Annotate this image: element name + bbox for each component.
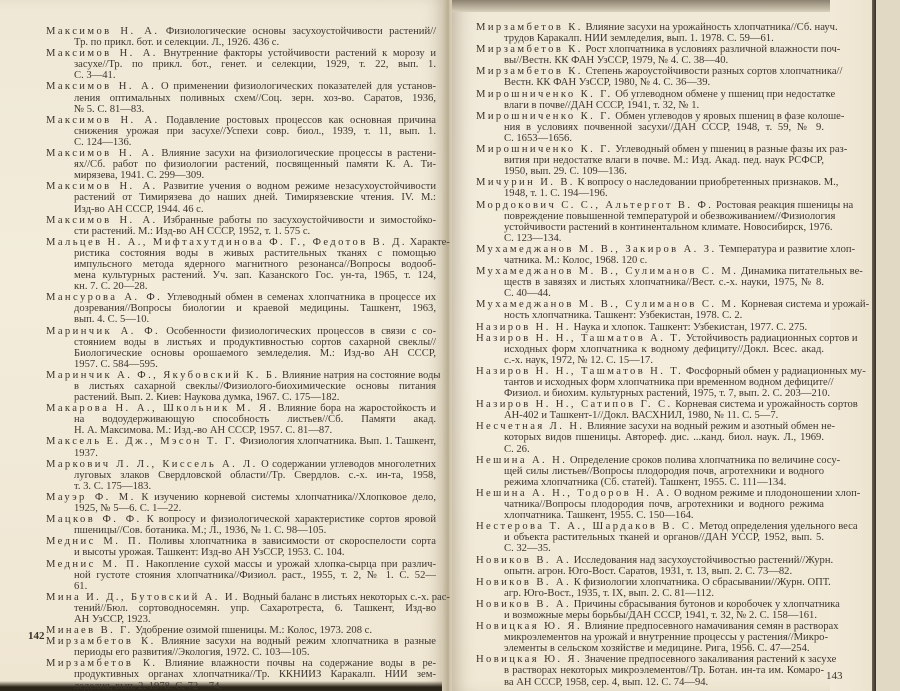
entry-first-line: Максимов Н. А. Развитие учения о водном … bbox=[46, 181, 436, 192]
entry-text: снижения урожая при засухе//Успехи совр.… bbox=[74, 126, 436, 137]
bibliography-entry: Мальцев Н. А., Мифтахутдинова Ф. Г., Фед… bbox=[46, 237, 436, 292]
entry-first-line: Новицкая Ю. Я. Значение предпосевного за… bbox=[476, 654, 824, 665]
entry-continuation-line: импульсного метода ядерного магнитного р… bbox=[46, 259, 436, 270]
entry-text: и высоты урожая. Ташкент: Изд-во АН УзСС… bbox=[74, 547, 345, 558]
entry-text: О водном режиме и плодоношении хлоп- bbox=[674, 488, 860, 499]
entry-text: трудов Каракалп. НИИ земледелия, вып. 1.… bbox=[504, 33, 774, 44]
entry-author: Назиров Н. Н., Ташматов Н. Т. bbox=[476, 366, 683, 377]
entry-author: Максель Е. Дж., Мэсон Т. Г. bbox=[46, 436, 237, 447]
entry-continuation-line: ность хлопчатника. Ташкент: Узбекистан, … bbox=[476, 310, 824, 321]
entry-continuation-line: пшеницы//Сов. ботаника. М.; Л., 1936, № … bbox=[46, 525, 436, 536]
entry-first-line: Мина И. Д., Бутовский А. И. Водный балан… bbox=[46, 592, 436, 603]
entry-text: исходных форм хлопчатника к водному дефи… bbox=[504, 344, 824, 355]
entry-text: Подавление ростовых процессов как основн… bbox=[166, 115, 436, 126]
entry-text: импульсного метода ядерного магнитного р… bbox=[74, 259, 436, 270]
entry-text: К физиологии хлопчатника. О сбрасывании/… bbox=[574, 577, 831, 588]
entry-text: Водный баланс в листьях некоторых с.-х. … bbox=[243, 592, 450, 603]
bibliography-entry: Мухамеджанов М. В., Сулиманов С. М. Дина… bbox=[476, 266, 824, 299]
entry-first-line: Максимов Н. А. Физиологические основы за… bbox=[46, 26, 436, 37]
bibliography-entry: Максимов Н. А. Внутренние факторы устойч… bbox=[46, 48, 436, 81]
entry-first-line: Мирошниченко К. Г. Об углеводном обмене … bbox=[476, 89, 824, 100]
bibliography-entry: Максимов Н. А. Подавление ростовых проце… bbox=[46, 115, 436, 148]
entry-text: Влияние засухи на водный режим хлопчатни… bbox=[161, 636, 436, 647]
entry-text: С. 1653—1656. bbox=[504, 133, 572, 144]
bibliography-entry: Назиров Н. Н., Ташматов Н. Т. Фосфорный … bbox=[476, 366, 824, 399]
entry-author: Мичурин И. В. bbox=[476, 177, 575, 188]
entry-text: Об углеводном обмене у пшениц при недост… bbox=[615, 89, 835, 100]
entry-continuation-line: АН-402 и Ташкент-1//Докл. ВАСХНИЛ, 1980,… bbox=[476, 410, 824, 421]
entry-text: Н. А. Максимова. М.: Изд.-во АН СССР, 19… bbox=[74, 425, 332, 436]
entry-author: Назиров Н. Н. bbox=[476, 322, 571, 333]
entry-text: и возможные меры борьбы/ДАН СССР, 1941, … bbox=[504, 610, 817, 621]
entry-text: растений от Тимирязева до наших дней. Ти… bbox=[74, 192, 436, 203]
entry-text: АН-402 и Ташкент-1//Докл. ВАСХНИЛ, 1980,… bbox=[504, 410, 778, 421]
bibliography-entry: Меднис М. П. Поливы хлопчатника в зависи… bbox=[46, 536, 436, 558]
entry-author: Макарова Н. А., Школьник М. Я. bbox=[46, 403, 274, 414]
entry-author: Несчетная Л. Н. bbox=[476, 421, 584, 432]
entry-text: Физиология хлопчатника. Вып. 1. Ташкент, bbox=[240, 436, 436, 447]
entry-text: дозревания//Вопросы биологии и краевой м… bbox=[74, 303, 436, 314]
entry-text: АН УзССР, 1923. bbox=[74, 614, 151, 625]
entry-text: тантов и исходных форм хлопчатника при в… bbox=[504, 377, 834, 388]
entry-text: Развитие учения о водном режиме незасухо… bbox=[163, 181, 436, 192]
entry-author: Мирошниченко К. Г. bbox=[476, 144, 613, 155]
entry-text: ва АН СССР, 1958, сер. 4, вып. 12. С. 74… bbox=[504, 677, 708, 688]
entry-author: Маринчик А. Ф. bbox=[46, 326, 160, 337]
entry-text: Изд-во АН СССР, 1944. 46 с. bbox=[74, 204, 204, 215]
entry-text: кн. 7. С. 20—28. bbox=[74, 281, 148, 292]
entry-first-line: Мирзамбетов К. Влияние влажности почвы н… bbox=[46, 658, 436, 669]
entry-author: Мирзамбетов К. bbox=[476, 44, 583, 55]
entry-text: 1957. С. 584—595. bbox=[74, 359, 158, 370]
entry-text: чатника//Вопросы плодородия почв, агроте… bbox=[504, 499, 824, 510]
entry-continuation-line: № 5. С. 81—83. bbox=[46, 104, 436, 115]
entry-text: агр. Юго-Вост., 1935, т. IX, вып. 2. С. … bbox=[504, 588, 714, 599]
entry-text: ществ в завязях и листьях хлопчатника//В… bbox=[504, 277, 824, 288]
entry-continuation-line: С. 3—41. bbox=[46, 70, 436, 81]
entry-first-line: Мацков Ф. Ф. К вопросу и физиологической… bbox=[46, 514, 436, 525]
bibliography-entry: Макарова Н. А., Школьник М. Я. Влияние б… bbox=[46, 403, 436, 436]
entry-first-line: Назиров Н. Н. Наука и хлопок. Ташкент: У… bbox=[476, 322, 824, 333]
entry-text: микроэлементов на урожай и внутренние пр… bbox=[504, 632, 828, 643]
entry-continuation-line: влаги в почве//ДАН СССР, 1941, т. 32, № … bbox=[476, 100, 824, 111]
entry-text: Фосфорный обмен у радиационных му- bbox=[686, 366, 866, 377]
entry-text: вып. 4. С. 5—10. bbox=[74, 314, 149, 325]
entry-text: С. 32—35. bbox=[504, 543, 551, 554]
entry-continuation-line: кн. 7. С. 20—28. bbox=[46, 281, 436, 292]
entry-text: мена культурных растений. Уч. зап. Казан… bbox=[74, 270, 436, 281]
entry-author: Мирзамбетов К. bbox=[476, 66, 583, 77]
bibliography-entry: Мацков Ф. Ф. К вопросу и физиологической… bbox=[46, 514, 436, 536]
entry-continuation-line: сти растений. М.: Изд-во АН СССР, 1952, … bbox=[46, 226, 436, 237]
entry-continuation-line: и объекта растительных тканей и органов/… bbox=[476, 532, 824, 543]
page-number-right: 143 bbox=[826, 670, 843, 682]
entry-first-line: Мальцев Н. А., Мифтахутдинова Ф. Г., Фед… bbox=[46, 237, 436, 248]
entry-author: Мухамеджанов М. В., Сулиманов С. М. bbox=[476, 266, 738, 277]
entry-text: т. 3. С. 175—183. bbox=[74, 481, 151, 492]
bibliography-entry: Максимов Н. А. Влияние засухи на физиоло… bbox=[46, 148, 436, 181]
entry-author: Максимов Н. А. bbox=[46, 148, 156, 159]
entry-text: ристика состояния воды в живых раститель… bbox=[74, 248, 436, 259]
right-bibliography-list: Мирзамбетов К. Влияние засухи на урожайн… bbox=[476, 22, 824, 688]
bibliography-entry: Новицкая Ю. Я. Значение предпосевного за… bbox=[476, 654, 824, 687]
bibliography-entry: Мирошниченко К. Г. Углеводный обмен у пш… bbox=[476, 144, 824, 177]
entry-text: 1925, № 5—6. С. 1—22. bbox=[74, 503, 181, 514]
entry-continuation-line: леделия, вып. 2. 1978. С. 72—74. bbox=[46, 681, 436, 691]
book-edge-background bbox=[876, 0, 900, 691]
entry-text: О содержании углеводов многолетних bbox=[261, 459, 436, 470]
entry-first-line: Несчетная Л. Н. Влияние засухи на водный… bbox=[476, 421, 824, 432]
entry-text: Температура и развитие хлоп- bbox=[719, 244, 855, 255]
entry-text: вития при недостатке влаги в почве. М.: … bbox=[504, 155, 824, 166]
entry-author: Мирзамбетов К. bbox=[46, 636, 156, 647]
entry-continuation-line: Вестн. КК ФАН УзССР, 1980, № 4. С. 36—39… bbox=[476, 77, 824, 88]
entry-text: Тр. по прикл. бот. и селекции. Л., 1926.… bbox=[74, 37, 279, 48]
entry-first-line: Минаев В. Г. Удобрение озимой пшеницы. М… bbox=[46, 625, 436, 636]
entry-text: Устойчивость радиационных сортов и bbox=[686, 333, 858, 344]
entry-first-line: Максимов Н. А. Избранные работы по засух… bbox=[46, 215, 436, 226]
entry-text: Внутренние факторы устойчивости растений… bbox=[163, 48, 436, 59]
entry-author: Мацков Ф. Ф. bbox=[46, 514, 142, 525]
bibliography-entry: Нестерова Т. А., Шардаков В. С. Метод оп… bbox=[476, 521, 824, 554]
entry-author: Мирзамбетов К. bbox=[46, 658, 157, 669]
entry-text: Избранные работы по засухоустойчивости и… bbox=[163, 215, 436, 226]
entry-author: Максимов Н. А. bbox=[46, 26, 159, 37]
bibliography-entry: Максимов Н. А. Физиологические основы за… bbox=[46, 26, 436, 48]
entry-text: С. 40—44. bbox=[504, 288, 551, 299]
bibliography-entry: Новиков В. А. К физиологии хлопчатника. … bbox=[476, 577, 824, 599]
entry-text: Причины сбрасывания бутонов и коробочек … bbox=[574, 599, 840, 610]
entry-first-line: Меднис М. П. Поливы хлопчатника в зависи… bbox=[46, 536, 436, 547]
entry-continuation-line: дозревания//Вопросы биологии и краевой м… bbox=[46, 303, 436, 314]
entry-continuation-line: и высоты урожая. Ташкент: Изд-во АН УзСС… bbox=[46, 547, 436, 558]
entry-continuation-line: тений//Бюл. сортоводносемян. упр. Сахаро… bbox=[46, 603, 436, 614]
entry-text: К вопросу о наследовании приобретенных п… bbox=[578, 177, 839, 188]
entry-text: Рост хлопчатника в условиях различной вл… bbox=[585, 44, 840, 55]
entry-text: растений. Вып. 2. Киев: Наукова думка, 1… bbox=[74, 392, 339, 403]
bibliography-entry: Минаев В. Г. Удобрение озимой пшеницы. М… bbox=[46, 625, 436, 636]
entry-author: Максимов Н. А. bbox=[46, 215, 158, 226]
entry-text: Исследования над засухоустойчивостью рас… bbox=[574, 555, 833, 566]
entry-author: Нестерова Т. А., Шардаков В. С. bbox=[476, 521, 696, 532]
bibliography-entry: Маркович Л. Л., Киссель А. Л. О содержан… bbox=[46, 459, 436, 492]
entry-text: леделия, вып. 2. 1978. С. 72—74. bbox=[74, 681, 222, 691]
entry-author: Назиров Н. Н., Сатипов Г. С. bbox=[476, 399, 673, 410]
entry-text: Физиологические основы засухоустойчивост… bbox=[166, 26, 436, 37]
entry-author: Новицкая Ю. Я. bbox=[476, 621, 582, 632]
entry-text: ях//Сб. работ по физиологии растений, по… bbox=[74, 159, 436, 170]
entry-continuation-line: 1950, вып. 29. С. 109—136. bbox=[476, 166, 824, 177]
entry-continuation-line: исходных форм хлопчатника к водному дефи… bbox=[476, 344, 824, 355]
entry-text: Влияние предпосевного намачивания семян … bbox=[585, 621, 839, 632]
entry-text: О применении физиологических показателей… bbox=[161, 81, 436, 92]
entry-first-line: Максимов Н. А. О применении физиологичес… bbox=[46, 81, 436, 92]
entry-continuation-line: опытн. агрон. Юго-Вост. Саратов, 1931, т… bbox=[476, 566, 824, 577]
entry-continuation-line: продуктивных органах хлопчатника//Тр. КК… bbox=[46, 669, 436, 680]
entry-text: Вестн. КК ФАН УзССР, 1980, № 4. С. 36—39… bbox=[504, 77, 710, 88]
entry-text: Наука и хлопок. Ташкент: Узбекистан, 197… bbox=[574, 322, 808, 333]
entry-text: 1948, т. 1. С. 194—196. bbox=[504, 188, 608, 199]
entry-text: устойчивости растений в континентальном … bbox=[504, 222, 833, 233]
entry-text: которых видов пшеницы. Автореф. дис. ...… bbox=[504, 432, 824, 443]
entry-text: элементы в сельском хозяйстве и медицине… bbox=[504, 643, 810, 654]
bibliography-entry: Мирзамбетов К. Влияние влажности почвы н… bbox=[46, 658, 436, 691]
entry-text: ления оптимальных поливных схем//Соц. зе… bbox=[74, 93, 436, 104]
entry-author: Мухамеджанов М. В., Закиров А. З. bbox=[476, 244, 717, 255]
bibliography-entry: Мауэр Ф. М. К изучению корневой системы … bbox=[46, 492, 436, 514]
entry-text: в растворах некоторых микроэлементов//Тр… bbox=[504, 665, 824, 676]
entry-text: Влияние бора на жаростойкость и bbox=[277, 403, 436, 414]
entry-author: Меднис М. П. bbox=[46, 559, 141, 570]
entry-author: Максимов Н. А. bbox=[46, 115, 160, 126]
entry-text: Обмен углеводов у яровых пшениц в фазе к… bbox=[615, 111, 844, 122]
entry-continuation-line: трудов Каракалп. НИИ земледелия, вып. 1.… bbox=[476, 33, 824, 44]
entry-author: Нешина А. Н. bbox=[476, 455, 567, 466]
entry-text: повреждение повышенной температурой и об… bbox=[504, 211, 835, 222]
bibliography-entry: Назиров Н. Н., Сатипов Г. С. Корневая си… bbox=[476, 399, 824, 421]
entry-text: Углеводный обмен у пшениц в разные фазы … bbox=[615, 144, 847, 155]
entry-text: продуктивных органах хлопчатника//Тр. КК… bbox=[74, 669, 436, 680]
entry-first-line: Мухамеджанов М. В., Сулиманов С. М. Корн… bbox=[476, 299, 824, 310]
entry-continuation-line: С. 124—136. bbox=[46, 137, 436, 148]
bibliography-entry: Мирзамбетов К. Влияние засухи на урожайн… bbox=[476, 22, 824, 44]
entry-first-line: Нешина А. Н., Тодоров Н. А. О водном реж… bbox=[476, 488, 824, 499]
entry-continuation-line: элементы в сельском хозяйстве и медицине… bbox=[476, 643, 824, 654]
bibliography-entry: Новицкая Ю. Я. Влияние предпосевного нам… bbox=[476, 621, 824, 654]
entry-text: тений//Бюл. сортоводносемян. упр. Сахаро… bbox=[74, 603, 436, 614]
entry-text: Влияние засухи на урожайность хлопчатник… bbox=[585, 22, 837, 33]
entry-text: Влияние натрия на состояние воды bbox=[282, 370, 441, 381]
entry-first-line: Новиков В. А. Исследования над засухоуст… bbox=[476, 555, 824, 566]
entry-text: чатника. М.: Колос, 1968. 120 с. bbox=[504, 255, 647, 266]
entry-continuation-line: С. 26. bbox=[476, 444, 824, 455]
entry-text: ность хлопчатника. Ташкент: Узбекистан, … bbox=[504, 310, 742, 321]
entry-continuation-line: чатника//Вопросы плодородия почв, агроте… bbox=[476, 499, 824, 510]
entry-author: Маринчик А. Ф., Якубовский К. Б. bbox=[46, 370, 279, 381]
entry-continuation-line: вы//Вестн. КК ФАН УзССР, 1979, № 4. С. 3… bbox=[476, 55, 824, 66]
entry-continuation-line: стоянием воды в листьях и продуктивность… bbox=[46, 337, 436, 348]
bibliography-entry: Мирошниченко К. Г. Обмен углеводов у яро… bbox=[476, 111, 824, 144]
left-bibliography-list: Максимов Н. А. Физиологические основы за… bbox=[46, 26, 436, 691]
entry-text: С. 3—41. bbox=[74, 70, 116, 81]
entry-continuation-line: т. 3. С. 175—183. bbox=[46, 481, 436, 492]
entry-text: периоды его развития//Экология, 1972. С.… bbox=[74, 647, 310, 658]
bibliography-entry: Мордокович С. С., Альтергот В. Ф. Ростов… bbox=[476, 200, 824, 244]
entry-first-line: Назиров Н. Н., Ташматов А. Т. Устойчивос… bbox=[476, 333, 824, 344]
entry-first-line: Мухамеджанов М. В., Сулиманов С. М. Дина… bbox=[476, 266, 824, 277]
entry-continuation-line: микроэлементов на урожай и внутренние пр… bbox=[476, 632, 824, 643]
entry-text: опытн. агрон. Юго-Вост. Саратов, 1931, т… bbox=[504, 566, 792, 577]
entry-continuation-line: тантов и исходных форм хлопчатника при в… bbox=[476, 377, 824, 388]
entry-text: 1937. bbox=[74, 448, 98, 459]
entry-continuation-line: с.-х. наук, 1972, № 12. С. 15—17. bbox=[476, 355, 824, 366]
entry-continuation-line: режима хлопчатника (Сб. статей). Ташкент… bbox=[476, 477, 824, 488]
entry-author: Нешина А. Н., Тодоров Н. А. bbox=[476, 488, 671, 499]
entry-continuation-line: С. 1653—1656. bbox=[476, 133, 824, 144]
bibliography-entry: Мирзамбетов К. Влияние засухи на водный … bbox=[46, 636, 436, 658]
entry-continuation-line: на водоудерживающую способность листьев/… bbox=[46, 414, 436, 425]
bibliography-entry: Новиков В. А. Причины сбрасывания бутоно… bbox=[476, 599, 824, 621]
entry-text: Характе- bbox=[410, 237, 450, 248]
entry-text: вы//Вестн. КК ФАН УзССР, 1979, № 4. С. 3… bbox=[504, 55, 728, 66]
entry-text: Удобрение озимой пшеницы. М.: Колос, 197… bbox=[135, 625, 372, 636]
book-spread: Максимов Н. А. Физиологические основы за… bbox=[0, 0, 900, 691]
entry-continuation-line: периоды его развития//Экология, 1972. С.… bbox=[46, 647, 436, 658]
entry-author: Новиков В. А. bbox=[476, 599, 571, 610]
entry-continuation-line: С. 32—35. bbox=[476, 543, 824, 554]
entry-first-line: Нестерова Т. А., Шардаков В. С. Метод оп… bbox=[476, 521, 824, 532]
entry-text: Углеводный обмен в семенах хлопчатника в… bbox=[167, 292, 436, 303]
entry-first-line: Макарова Н. А., Школьник М. Я. Влияние б… bbox=[46, 403, 436, 414]
entry-text: Особенности физиологических процессов в … bbox=[166, 326, 436, 337]
entry-continuation-line: ществ в завязях и листьях хлопчатника//В… bbox=[476, 277, 824, 288]
entry-text: с.-х. наук, 1972, № 12. С. 15—17. bbox=[504, 355, 653, 366]
entry-continuation-line: ния в условиях почвенной засухи//ДАН ССС… bbox=[476, 122, 824, 133]
entry-text: и объекта растительных тканей и органов/… bbox=[504, 532, 824, 543]
entry-continuation-line: засухе//Тр. по прикл. бот., генет. и сел… bbox=[46, 59, 436, 70]
bibliography-entry: Несчетная Л. Н. Влияние засухи на водный… bbox=[476, 421, 824, 454]
bibliography-entry: Мирзамбетов К. Рост хлопчатника в услови… bbox=[476, 44, 824, 66]
entry-text: Биологические основы орошаемого земледел… bbox=[74, 348, 436, 359]
entry-first-line: Мирошниченко К. Г. Обмен углеводов у яро… bbox=[476, 111, 824, 122]
entry-continuation-line: ристика состояния воды в живых раститель… bbox=[46, 248, 436, 259]
entry-text: Ростовая реакция пшеницы на bbox=[716, 200, 853, 211]
bibliography-entry: Назиров Н. Н. Наука и хлопок. Ташкент: У… bbox=[476, 322, 824, 333]
page-right-edge bbox=[830, 0, 900, 691]
entry-continuation-line: 1957. С. 584—595. bbox=[46, 359, 436, 370]
entry-continuation-line: Физиол. и биохим. культурных растений, 1… bbox=[476, 388, 824, 399]
entry-continuation-line: мена культурных растений. Уч. зап. Казан… bbox=[46, 270, 436, 281]
entry-text: Метод определения удельного веса bbox=[699, 521, 858, 532]
entry-first-line: Назиров Н. Н., Сатипов Г. С. Корневая си… bbox=[476, 399, 824, 410]
bibliography-entry: Нешина А. Н., Тодоров Н. А. О водном реж… bbox=[476, 488, 824, 521]
entry-first-line: Новиков В. А. К физиологии хлопчатника. … bbox=[476, 577, 824, 588]
entry-author: Назиров Н. Н., Ташматов А. Т. bbox=[476, 333, 683, 344]
entry-text: Динамика питательных ве- bbox=[741, 266, 863, 277]
entry-first-line: Максимов Н. А. Влияние засухи на физиоло… bbox=[46, 148, 436, 159]
entry-continuation-line: ва АН СССР, 1958, сер. 4, вып. 12. С. 74… bbox=[476, 677, 824, 688]
bibliography-entry: Мухамеджанов М. В., Сулиманов С. М. Корн… bbox=[476, 299, 824, 321]
entry-author: Минаев В. Г. bbox=[46, 625, 133, 636]
bibliography-entry: Новиков В. А. Исследования над засухоуст… bbox=[476, 555, 824, 577]
entry-continuation-line: 61. bbox=[46, 581, 436, 592]
entry-text: 61. bbox=[74, 581, 87, 592]
entry-continuation-line: устойчивости растений в континентальном … bbox=[476, 222, 824, 233]
entry-text: С. 123—134. bbox=[504, 233, 561, 244]
entry-text: Поливы хлопчатника в зависимости от скор… bbox=[148, 536, 436, 547]
entry-author: Мирошниченко К. Г. bbox=[476, 89, 613, 100]
entry-continuation-line: Биологические основы орошаемого земледел… bbox=[46, 348, 436, 359]
entry-text: Корневая система и урожай- bbox=[741, 299, 869, 310]
entry-text: влаги в почве//ДАН СССР, 1941, т. 32, № … bbox=[504, 100, 699, 111]
entry-author: Максимов Н. А. bbox=[46, 48, 158, 59]
entry-first-line: Маркович Л. Л., Киссель А. Л. О содержан… bbox=[46, 459, 436, 470]
entry-first-line: Мансурова А. Ф. Углеводный обмен в семен… bbox=[46, 292, 436, 303]
entry-continuation-line: в листьях сахарной свеклы//Физиолого-био… bbox=[46, 381, 436, 392]
entry-first-line: Маринчик А. Ф. Особенности физиологическ… bbox=[46, 326, 436, 337]
entry-first-line: Мухамеджанов М. В., Закиров А. З. Темпер… bbox=[476, 244, 824, 255]
bibliography-entry: Меднис М. П. Накопление сухой массы и ур… bbox=[46, 559, 436, 592]
entry-continuation-line: мирязева, 1941. С. 299—309. bbox=[46, 170, 436, 181]
entry-continuation-line: 1937. bbox=[46, 448, 436, 459]
entry-continuation-line: снижения урожая при засухе//Успехи совр.… bbox=[46, 126, 436, 137]
entry-author: Мухамеджанов М. В., Сулиманов С. М. bbox=[476, 299, 738, 310]
entry-text: Влияние засухи на физиологические процес… bbox=[161, 148, 436, 159]
entry-first-line: Максимов Н. А. Внутренние факторы устойч… bbox=[46, 48, 436, 59]
entry-continuation-line: Тр. по прикл. бот. и селекции. Л., 1926.… bbox=[46, 37, 436, 48]
bibliography-entry: Маринчик А. Ф. Особенности физиологическ… bbox=[46, 326, 436, 370]
entry-continuation-line: щей силы листьев//Вопросы плодородия поч… bbox=[476, 466, 824, 477]
entry-continuation-line: вития при недостатке влаги в почве. М.: … bbox=[476, 155, 824, 166]
entry-text: Определение сроков полива хлопчатника по… bbox=[570, 455, 840, 466]
entry-first-line: Новицкая Ю. Я. Влияние предпосевного нам… bbox=[476, 621, 824, 632]
entry-author: Мальцев Н. А., Мифтахутдинова Ф. Г., Фед… bbox=[46, 237, 407, 248]
entry-continuation-line: 1925, № 5—6. С. 1—22. bbox=[46, 503, 436, 514]
entry-text: № 5. С. 81—83. bbox=[74, 104, 144, 115]
entry-text: Накопление сухой массы и урожай хлопка-с… bbox=[146, 559, 436, 570]
entry-first-line: Назиров Н. Н., Ташматов Н. Т. Фосфорный … bbox=[476, 366, 824, 377]
entry-author: Мирзамбетов К. bbox=[476, 22, 583, 33]
entry-continuation-line: повреждение повышенной температурой и об… bbox=[476, 211, 824, 222]
entry-author: Меднис М. П. bbox=[46, 536, 143, 547]
entry-text: Влияние влажности почвы на содержание во… bbox=[165, 658, 436, 669]
page-number-left: 142 bbox=[28, 630, 45, 642]
entry-continuation-line: растений от Тимирязева до наших дней. Ти… bbox=[46, 192, 436, 203]
entry-text: луговых злаков Свердловской области//Тр.… bbox=[74, 470, 436, 481]
entry-text: К вопросу и физиологической характеристи… bbox=[147, 514, 436, 525]
entry-continuation-line: ной густоте стояния хлопчатника//Физиол.… bbox=[46, 570, 436, 581]
bibliography-entry: Мичурин И. В. К вопросу о наследовании п… bbox=[476, 177, 824, 199]
entry-author: Максимов Н. А. bbox=[46, 81, 156, 92]
bibliography-entry: Мина И. Д., Бутовский А. И. Водный балан… bbox=[46, 592, 436, 625]
entry-text: мирязева, 1941. С. 299—309. bbox=[74, 170, 204, 181]
entry-text: на водоудерживающую способность листьев/… bbox=[74, 414, 436, 425]
entry-author: Мина И. Д., Бутовский А. И. bbox=[46, 592, 240, 603]
bibliography-entry: Максель Е. Дж., Мэсон Т. Г. Физиология х… bbox=[46, 436, 436, 458]
entry-text: С. 26. bbox=[504, 444, 530, 455]
entry-first-line: Мирзамбетов К. Влияние засухи на урожайн… bbox=[476, 22, 824, 33]
entry-text: С. 124—136. bbox=[74, 137, 131, 148]
entry-first-line: Максель Е. Дж., Мэсон Т. Г. Физиология х… bbox=[46, 436, 436, 447]
entry-first-line: Мирзамбетов К. Степень жароустойчивости … bbox=[476, 66, 824, 77]
entry-author: Мансурова А. Ф. bbox=[46, 292, 162, 303]
entry-continuation-line: С. 40—44. bbox=[476, 288, 824, 299]
entry-continuation-line: хлопчатника. Ташкент, 1955. С. 150—164. bbox=[476, 510, 824, 521]
entry-text: Степень жароустойчивости разных сортов х… bbox=[585, 66, 842, 77]
bibliography-entry: Максимов Н. А. О применении физиологичес… bbox=[46, 81, 436, 114]
entry-continuation-line: Н. А. Максимова. М.: Изд.-во АН СССР, 19… bbox=[46, 425, 436, 436]
entry-continuation-line: ления оптимальных поливных схем//Соц. зе… bbox=[46, 93, 436, 104]
entry-first-line: Мордокович С. С., Альтергот В. Ф. Ростов… bbox=[476, 200, 824, 211]
bibliography-entry: Максимов Н. А. Развитие учения о водном … bbox=[46, 181, 436, 214]
entry-first-line: Мауэр Ф. М. К изучению корневой системы … bbox=[46, 492, 436, 503]
entry-continuation-line: которых видов пшеницы. Автореф. дис. ...… bbox=[476, 432, 824, 443]
bibliography-entry: Назиров Н. Н., Ташматов А. Т. Устойчивос… bbox=[476, 333, 824, 366]
bibliography-entry: Мухамеджанов М. В., Закиров А. З. Темпер… bbox=[476, 244, 824, 266]
entry-text: Корневая система и урожайность сортов bbox=[675, 399, 858, 410]
entry-text: ной густоте стояния хлопчатника//Физиол.… bbox=[74, 570, 436, 581]
entry-first-line: Мичурин И. В. К вопросу о наследовании п… bbox=[476, 177, 824, 188]
entry-continuation-line: в растворах некоторых микроэлементов//Тр… bbox=[476, 665, 824, 676]
entry-author: Мордокович С. С., Альтергот В. Ф. bbox=[476, 200, 713, 211]
entry-text: режима хлопчатника (Сб. статей). Ташкент… bbox=[504, 477, 786, 488]
bibliography-entry: Маринчик А. Ф., Якубовский К. Б. Влияние… bbox=[46, 370, 436, 403]
entry-author: Маркович Л. Л., Киссель А. Л. bbox=[46, 459, 258, 470]
entry-text: Влияние засухи на водный режим и азотный… bbox=[587, 421, 835, 432]
bibliography-entry: Нешина А. Н. Определение сроков полива х… bbox=[476, 455, 824, 488]
entry-first-line: Нешина А. Н. Определение сроков полива х… bbox=[476, 455, 824, 466]
entry-first-line: Меднис М. П. Накопление сухой массы и ур… bbox=[46, 559, 436, 570]
